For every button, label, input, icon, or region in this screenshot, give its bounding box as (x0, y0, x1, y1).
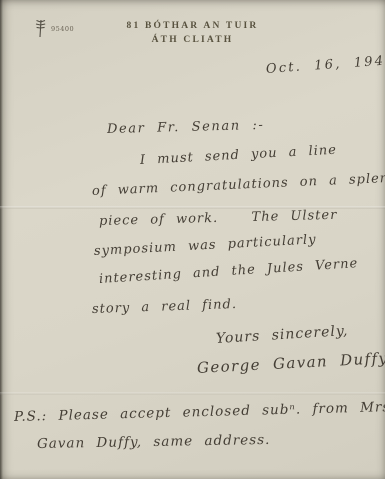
salutation: Dear Fr. Senan :- (107, 118, 265, 137)
scan-edge-shadow (0, 0, 3, 479)
letterhead-address-line2: ÁTH CLIATH (0, 35, 385, 45)
postscript-line: P.S.: Please accept enclosed subⁿ. from … (14, 398, 385, 425)
body-line: symposium was particularly (94, 232, 317, 259)
body-line: interesting and the Jules Verne (99, 256, 359, 287)
postscript-line: Gavan Duffy, same address. (37, 432, 271, 452)
fold-crease (0, 206, 385, 209)
letterhead-address-line1: 81 BÓTHAR AN TUIR (0, 21, 385, 31)
signature: George Gavan Duffy. (197, 349, 385, 377)
scanned-letter: 95400 81 BÓTHAR AN TUIR ÁTH CLIATH Oct. … (0, 0, 385, 479)
body-line: I must send you a line (140, 143, 338, 168)
letterhead: 81 BÓTHAR AN TUIR ÁTH CLIATH (0, 21, 385, 45)
body-line: piece of work. The Ulster (99, 208, 338, 229)
closing: Yours sincerely, (216, 323, 349, 347)
handwritten-date: Oct. 16, 1943. (265, 53, 385, 77)
body-line: of warm congratulations on a splendid (92, 170, 385, 199)
body-line: story a real find. (92, 297, 237, 317)
fold-crease (0, 392, 385, 395)
